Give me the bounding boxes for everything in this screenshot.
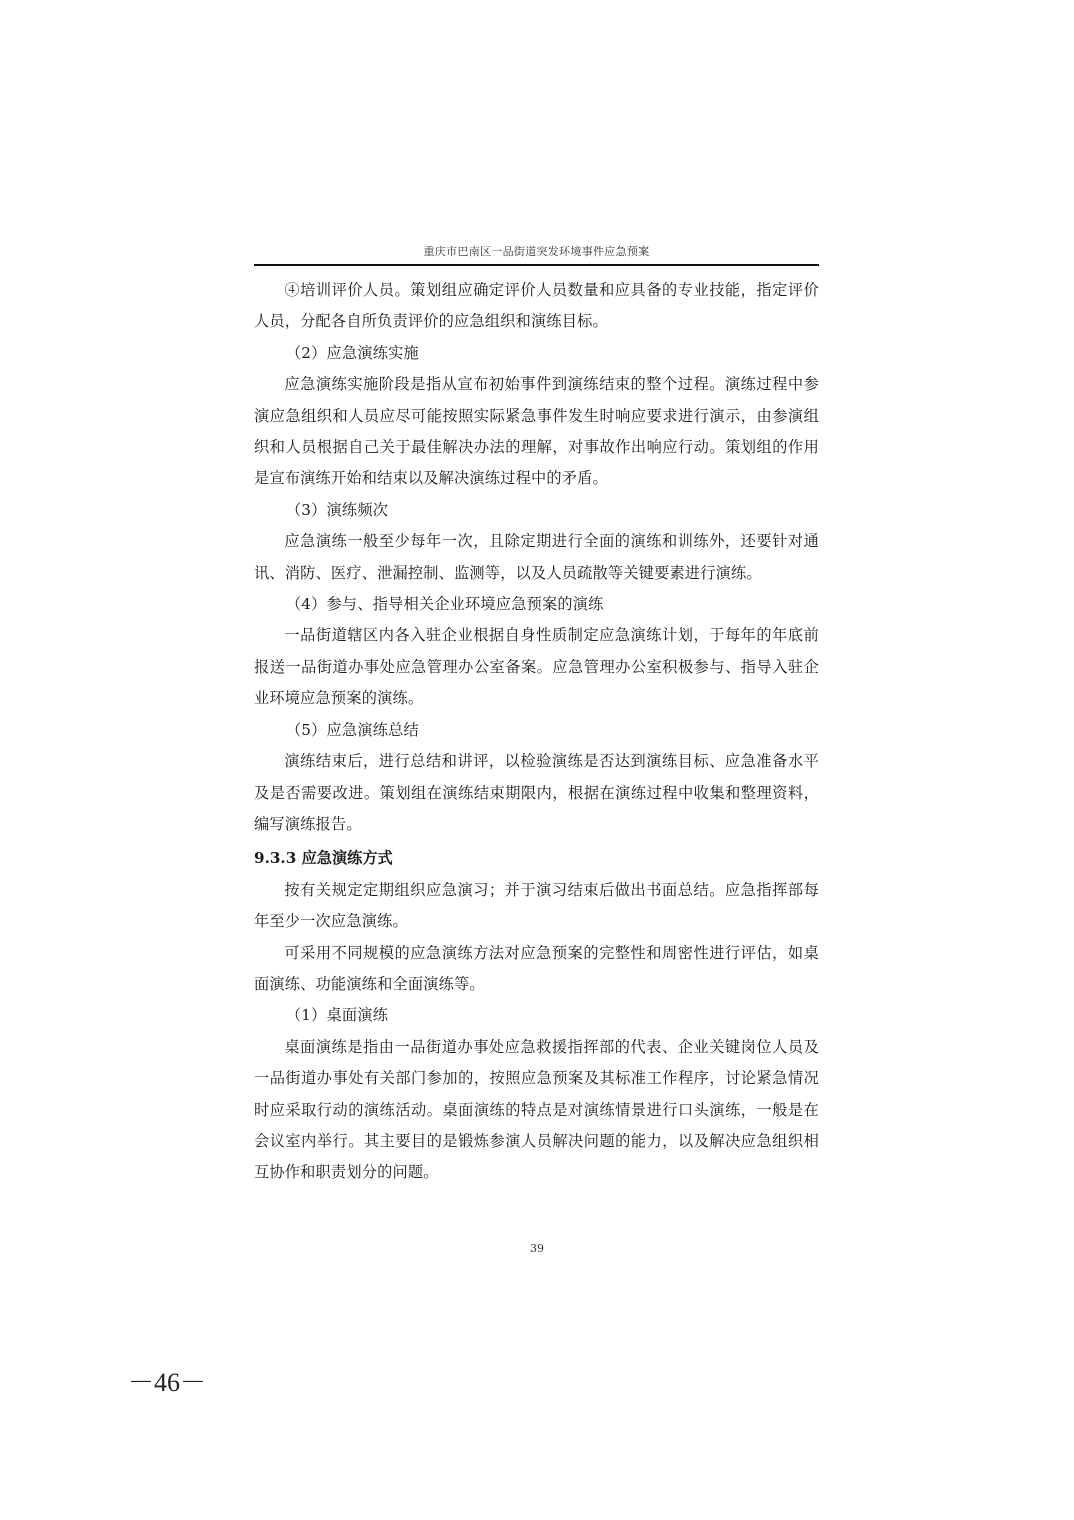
subheading-drill-implementation: （2）应急演练实施 — [254, 338, 819, 369]
sheet-number: －46－ — [128, 1362, 206, 1399]
section-heading-9-3-3: 9.3.3 应急演练方式 — [254, 843, 819, 874]
paragraph-drill-implementation: 应急演练实施阶段是指从宣布初始事件到演练结束的整个过程。演练过程中参演应急组织和… — [254, 369, 819, 495]
paragraph-drill-frequency: 应急演练一般至少每年一次，且除定期进行全面的演练和训练外，还要针对通讯、消防、医… — [254, 526, 819, 589]
subheading-drill-summary: （5）应急演练总结 — [254, 715, 819, 746]
subheading-drill-frequency: （3）演练频次 — [254, 495, 819, 526]
paragraph-training-evaluators: ④培训评价人员。策划组应确定评价人员数量和应具备的专业技能，指定评价人员，分配各… — [254, 275, 819, 338]
header-rule — [254, 264, 819, 266]
paragraph-drill-methods-2: 可采用不同规模的应急演练方法对应急预案的完整性和周密性进行评估，如桌面演练、功能… — [254, 938, 819, 1001]
paragraph-tabletop-drill: 桌面演练是指由一品街道办事处应急救援指挥部的代表、企业关键岗位人员及一品街道办事… — [254, 1032, 819, 1189]
subheading-guide-enterprise-drills: （4）参与、指导相关企业环境应急预案的演练 — [254, 589, 819, 620]
subheading-tabletop-drill: （1）桌面演练 — [254, 1000, 819, 1031]
running-header: 重庆市巴南区一品街道突发环境事件应急预案 — [254, 245, 819, 259]
paragraph-guide-enterprise-drills: 一品街道辖区内各入驻企业根据自身性质制定应急演练计划，于每年的年底前报送一品街道… — [254, 620, 819, 714]
paragraph-drill-summary: 演练结束后，进行总结和讲评，以检验演练是否达到演练目标、应急准备水平及是否需要改… — [254, 746, 819, 840]
document-body: ④培训评价人员。策划组应确定评价人员数量和应具备的专业技能，指定评价人员，分配各… — [254, 275, 819, 1189]
page-number: 39 — [0, 1242, 1074, 1255]
paragraph-drill-methods-1: 按有关规定定期组织应急演习；并于演习结束后做出书面总结。应急指挥部每年至少一次应… — [254, 875, 819, 938]
document-page: 重庆市巴南区一品街道突发环境事件应急预案 ④培训评价人员。策划组应确定评价人员数… — [254, 245, 819, 1189]
